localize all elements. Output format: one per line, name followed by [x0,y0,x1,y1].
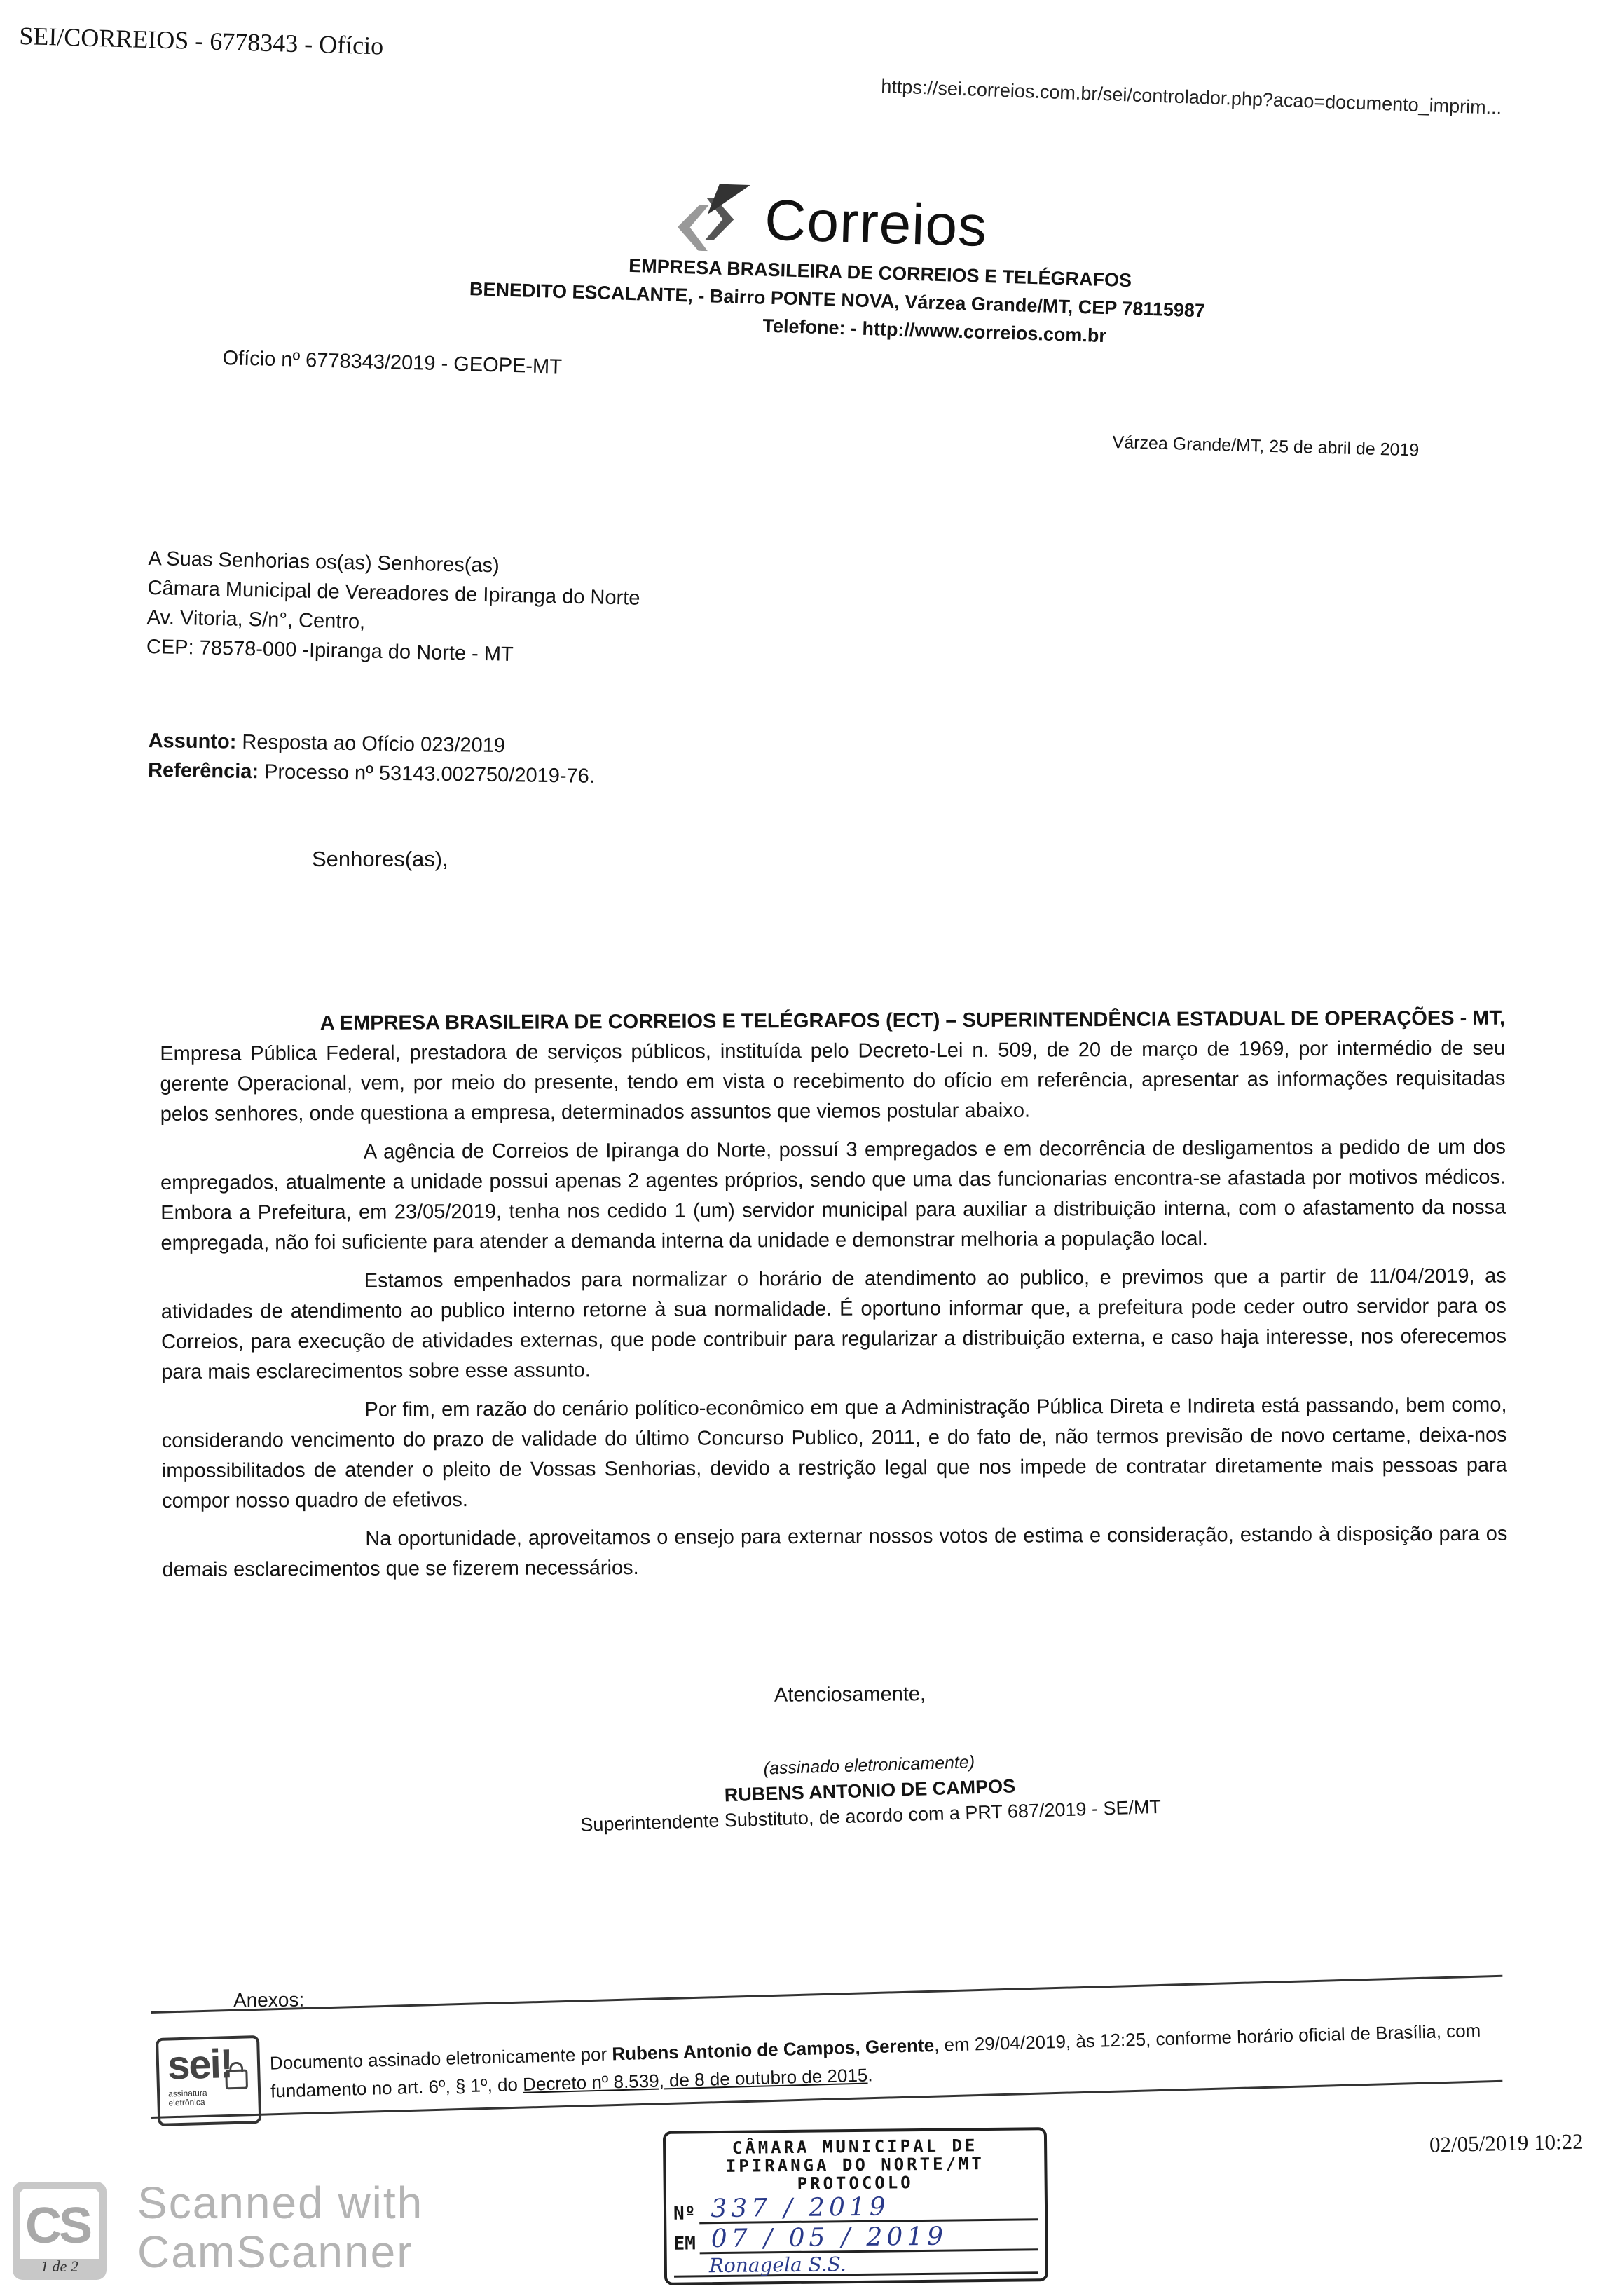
reference-line: Referência: Processo nº 53143.002750/201… [148,756,595,791]
signature-statement: Documento assinado eletronicamente por R… [269,2016,1504,2105]
print-header-title: SEI/CORREIOS - 6778343 - Ofício [19,21,384,61]
letter-body: A EMPRESA BRASILEIRA DE CORREIOS E TELÉG… [160,1004,1508,1594]
camscanner-badge-text: CS [25,2197,90,2255]
stamp-number-value: 337 / 2019 [699,2193,1038,2224]
paragraph-1-text: Empresa Pública Federal, prestadora de s… [160,1037,1505,1126]
camscanner-watermark: Scanned with CamScanner [137,2178,423,2276]
page-indicator: 1 de 2 [41,2257,78,2276]
print-header-url: https://sei.correios.com.br/sei/controla… [881,76,1502,119]
electronic-signature: sei! assinaturaeletrônica Documento assi… [156,2002,1510,2126]
greeting: Senhores(as), [312,847,448,872]
sei-logo-subtitle: assinaturaeletrônica [168,2089,207,2107]
reference-label: Referência: [148,759,259,783]
letterhead: Correios EMPRESA BRASILEIRA DE CORREIOS … [416,175,1261,355]
paragraph-1: A EMPRESA BRASILEIRA DE CORREIOS E TELÉG… [160,1004,1506,1130]
paragraph-2: A agência de Correios de Ipiranga do Nor… [160,1133,1506,1259]
stamp-number-label: Nº [673,2203,696,2224]
subject-label: Assunto: [148,730,236,753]
decree-link[interactable]: Decreto nº 8.539, de 8 de outubro de 201… [523,2065,868,2095]
document-number: Ofício nº 6778343/2019 - GEOPE-MT [222,347,562,379]
paragraph-1-lead: A EMPRESA BRASILEIRA DE CORREIOS E TELÉG… [160,1004,1505,1039]
padlock-icon [225,2069,248,2089]
sei-logo-text: sei! [167,2040,233,2089]
signature-block: (assinado eletronicamente) RUBENS ANTONI… [554,1743,1186,1838]
stamp-signature: Ronagela S.S. [674,2250,1038,2277]
logo-text: Correios [764,188,989,260]
recipient-block: A Suas Senhorias os(as) Senhores(as) Câm… [146,544,640,672]
camscanner-icon: CS 1 de 2 [13,2182,107,2280]
stamp-date-row: EM 07 / 05 / 2019 [673,2223,1038,2254]
print-timestamp: 02/05/2019 10:22 [1429,2129,1584,2158]
sei-logo: sei! assinaturaeletrônica [156,2035,261,2126]
subject-block: Assunto: Resposta ao Ofício 023/2019 Ref… [148,726,596,791]
stamp-number-row: Nº 337 / 2019 [673,2193,1038,2224]
closing: Atenciosamente, [774,1683,926,1707]
correios-chevron-icon [677,183,756,255]
stamp-line-3: PROTOCOLO [666,2172,1045,2194]
protocol-stamp: CÂMARA MUNICIPAL DE IPIRANGA DO NORTE/MT… [663,2127,1048,2285]
paragraph-4: Por fim, em razão do cenário político-ec… [161,1390,1507,1517]
stamp-date-value: 07 / 05 / 2019 [700,2223,1038,2254]
place-date: Várzea Grande/MT, 25 de abril de 2019 [1112,432,1419,460]
signer: Rubens Antonio de Campos, Gerente [612,2035,935,2064]
stamp-date-label: EM [673,2233,696,2254]
subject-value: Resposta ao Ofício 023/2019 [236,731,505,757]
paragraph-3: Estamos empenhados para normalizar o hor… [161,1262,1507,1388]
reference-value: Processo nº 53143.002750/2019-76. [259,760,595,788]
paragraph-5: Na oportunidade, aproveitamos o ensejo p… [162,1519,1507,1585]
